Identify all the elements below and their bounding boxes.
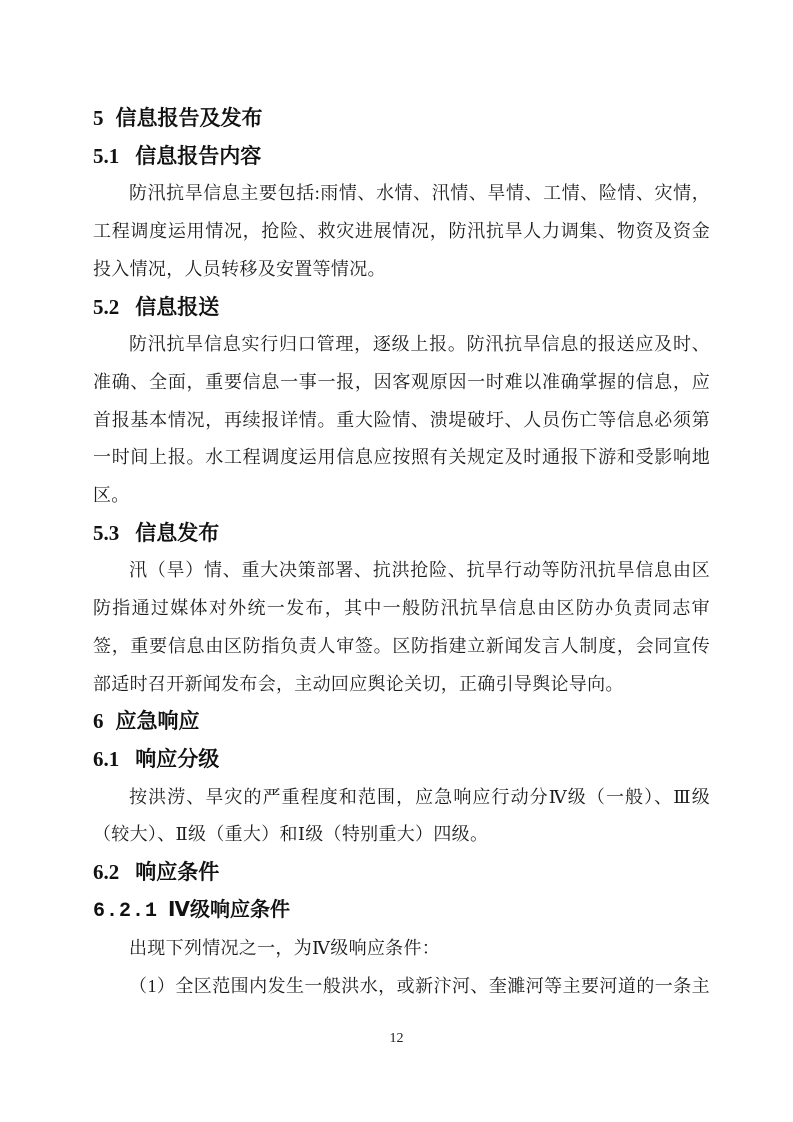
section-title: 响应分级 — [135, 748, 219, 771]
paragraph-level4-condition-1: （1）全区范围内发生一般洪水，或新汴河、奎濉河等主要河道的一条主 — [93, 968, 710, 1006]
paragraph-response-levels: 按洪涝、旱灾的严重程度和范围，应急响应行动分Ⅳ级（一般）、Ⅲ级（较大）、Ⅱ级（重… — [93, 779, 710, 854]
section-number: 6 — [93, 709, 104, 733]
section-heading-5-3: 5.3信息发布 — [93, 515, 710, 553]
section-number: 5.3 — [93, 521, 119, 545]
section-heading-5-2: 5.2信息报送 — [93, 289, 710, 327]
section-title: Ⅳ级响应条件 — [168, 899, 290, 921]
section-heading-6-1: 6.1响应分级 — [93, 741, 710, 779]
section-heading-6: 6应急响应 — [93, 703, 710, 741]
section-heading-6-2: 6.2响应条件 — [93, 854, 710, 892]
section-number: 5.2 — [93, 295, 119, 319]
section-title: 信息发布 — [135, 522, 219, 545]
paragraph-information-release: 汛（旱）情、重大决策部署、抗洪抢险、抗旱行动等防汛抗旱信息由区防指通过媒体对外统… — [93, 552, 710, 703]
section-heading-6-2-1: 6.2.1Ⅳ级响应条件 — [93, 892, 710, 931]
section-title: 信息报告内容 — [135, 145, 261, 168]
section-number: 6.2 — [93, 860, 119, 884]
page-footer: 12 — [0, 1031, 793, 1047]
paragraph-level4-intro: 出现下列情况之一，为Ⅳ级响应条件： — [93, 930, 710, 968]
section-title: 信息报送 — [135, 296, 219, 319]
paragraph-report-content: 防汛抗旱信息主要包括:雨情、水情、汛情、旱情、工情、险情、灾情，工程调度运用情况… — [93, 175, 710, 288]
document-content: 5信息报告及发布 5.1信息报告内容 防汛抗旱信息主要包括:雨情、水情、汛情、旱… — [93, 100, 710, 1006]
page-number: 12 — [390, 1031, 404, 1046]
section-title: 应急响应 — [116, 710, 200, 733]
section-number: 6.2.1 — [93, 900, 158, 923]
section-number: 5 — [93, 106, 104, 130]
section-number: 6.1 — [93, 747, 119, 771]
paragraph-report-submission: 防汛抗旱信息实行归口管理，逐级上报。防汛抗旱信息的报送应及时、准确、全面，重要信… — [93, 326, 710, 515]
section-title: 信息报告及发布 — [116, 107, 263, 130]
document-page: 5信息报告及发布 5.1信息报告内容 防汛抗旱信息主要包括:雨情、水情、汛情、旱… — [0, 0, 793, 1122]
section-heading-5: 5信息报告及发布 — [93, 100, 710, 138]
section-title: 响应条件 — [135, 861, 219, 884]
section-number: 5.1 — [93, 144, 119, 168]
section-heading-5-1: 5.1信息报告内容 — [93, 138, 710, 176]
